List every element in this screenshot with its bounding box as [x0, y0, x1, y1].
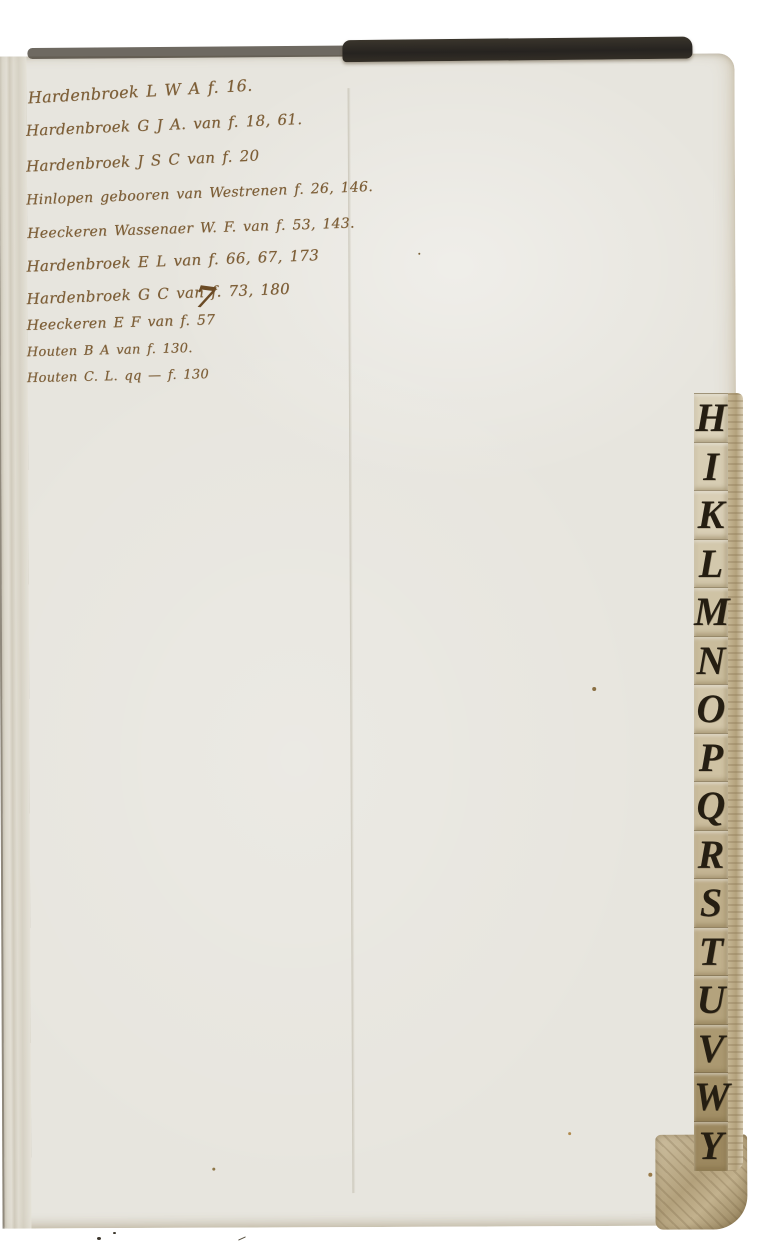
debris-speck [238, 1236, 246, 1240]
thumb-tab-i: I [694, 442, 728, 492]
debris-speck [97, 1237, 101, 1240]
index-entry: Heeckeren E F van f. 57 [26, 312, 215, 334]
tab-letter: U [694, 976, 728, 1024]
index-entry: Hardenbroek J S C van f. 20 [26, 146, 260, 175]
foxing-spot [418, 253, 420, 255]
thumb-tab-m: M [694, 587, 728, 637]
foxing-spot [212, 1168, 215, 1171]
tab-letter: R [694, 831, 728, 879]
binding-cloth-strip [342, 37, 692, 63]
tab-letter: Q [694, 782, 728, 830]
tab-letter: M [694, 588, 728, 636]
thumb-tab-k: K [694, 490, 728, 540]
tab-letter: Y [694, 1122, 728, 1170]
tab-letter: W [694, 1073, 728, 1121]
tab-letter: P [694, 734, 728, 782]
thumb-tab-q: Q [694, 781, 728, 831]
thumb-tab-o: O [694, 684, 728, 734]
index-entry: Hardenbroek G J A. van f. 18, 61. [25, 110, 302, 140]
thumb-tab-r: R [694, 830, 728, 880]
manuscript-page: Hardenbroek L W A f. 16. Hardenbroek G J… [0, 53, 740, 1228]
index-entry: Hardenbroek E L van f. 66, 67, 173 [26, 246, 319, 275]
thumb-tab-t: T [694, 927, 728, 977]
index-entry: Heeckeren Wassenaer W. F. van f. 53, 143… [27, 215, 355, 242]
tab-letter: S [694, 879, 728, 927]
center-crease [348, 88, 356, 1193]
foxing-spot [648, 1173, 652, 1177]
index-entry: Houten B A van f. 130. [27, 341, 193, 360]
thumb-tab-h: H [694, 393, 728, 443]
tab-letter: K [694, 491, 728, 539]
foxing-spot [568, 1132, 571, 1135]
binding-cloth-strip [27, 45, 357, 59]
thumb-tab-w: W [694, 1072, 728, 1122]
index-entry: Hinlopen gebooren van Westrenen f. 26, 1… [26, 179, 373, 209]
thumb-tab-l: L [694, 539, 728, 589]
thumb-tab-s: S [694, 878, 728, 928]
tab-letter: I [694, 443, 728, 491]
tab-letter: L [694, 540, 728, 588]
index-entry: Hardenbroek G C van f. 73, 180 [26, 280, 290, 308]
index-entry: Houten C. L. qq — f. 130 [27, 367, 209, 386]
tab-letter: T [694, 928, 728, 976]
photo-canvas: Hardenbroek L W A f. 16. Hardenbroek G J… [0, 0, 779, 1260]
thumb-tab-u: U [694, 975, 728, 1025]
tab-letter: H [694, 394, 728, 442]
thumb-tab-v: V [694, 1024, 728, 1074]
tab-letter: V [694, 1025, 728, 1073]
thumb-tab-y: Y [694, 1121, 728, 1171]
tab-letter: N [694, 637, 728, 685]
fore-edge-strip [726, 393, 743, 1171]
thumb-tab-p: P [694, 733, 728, 783]
foxing-spot [592, 687, 596, 691]
thumb-tab-n: N [694, 636, 728, 686]
index-entry: Hardenbroek L W A f. 16. [27, 76, 253, 108]
tab-letter: O [694, 685, 728, 733]
debris-speck [113, 1232, 116, 1234]
